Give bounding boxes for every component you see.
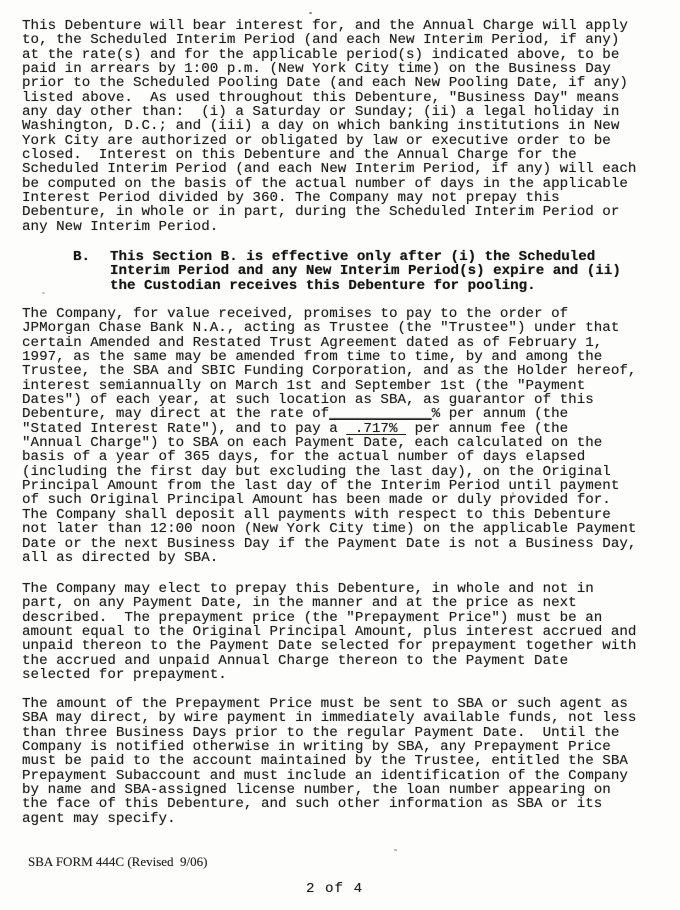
paragraph-promise-to-pay: The Company, for value received, promise… xyxy=(22,307,636,565)
paragraph-prepayment-election: The Company may elect to prepay this Deb… xyxy=(22,582,636,682)
section-b: B. This Section B. is effective only aft… xyxy=(73,250,621,293)
scan-speck xyxy=(309,12,312,14)
scanned-document-page: This Debenture will bear interest for, a… xyxy=(0,0,680,910)
scan-speck xyxy=(512,492,514,495)
paragraph-interest-terms: This Debenture will bear interest for, a… xyxy=(22,19,636,234)
section-b-text: This Section B. is effective only after … xyxy=(110,250,621,293)
page-number: 2 of 4 xyxy=(306,881,363,897)
promise-text-after-rate: per annum fee (the "Annual Charge") to S… xyxy=(22,421,636,566)
paragraph-prepayment-amount: The amount of the Prepayment Price must … xyxy=(22,697,636,826)
section-b-label: B. xyxy=(73,250,110,264)
promise-text-before-rate-blank: The Company, for value received, promise… xyxy=(22,306,636,422)
scan-speck xyxy=(42,292,45,294)
scan-speck xyxy=(394,849,397,851)
form-number-label: SBA FORM 444C (Revised 9/06) xyxy=(28,854,208,869)
